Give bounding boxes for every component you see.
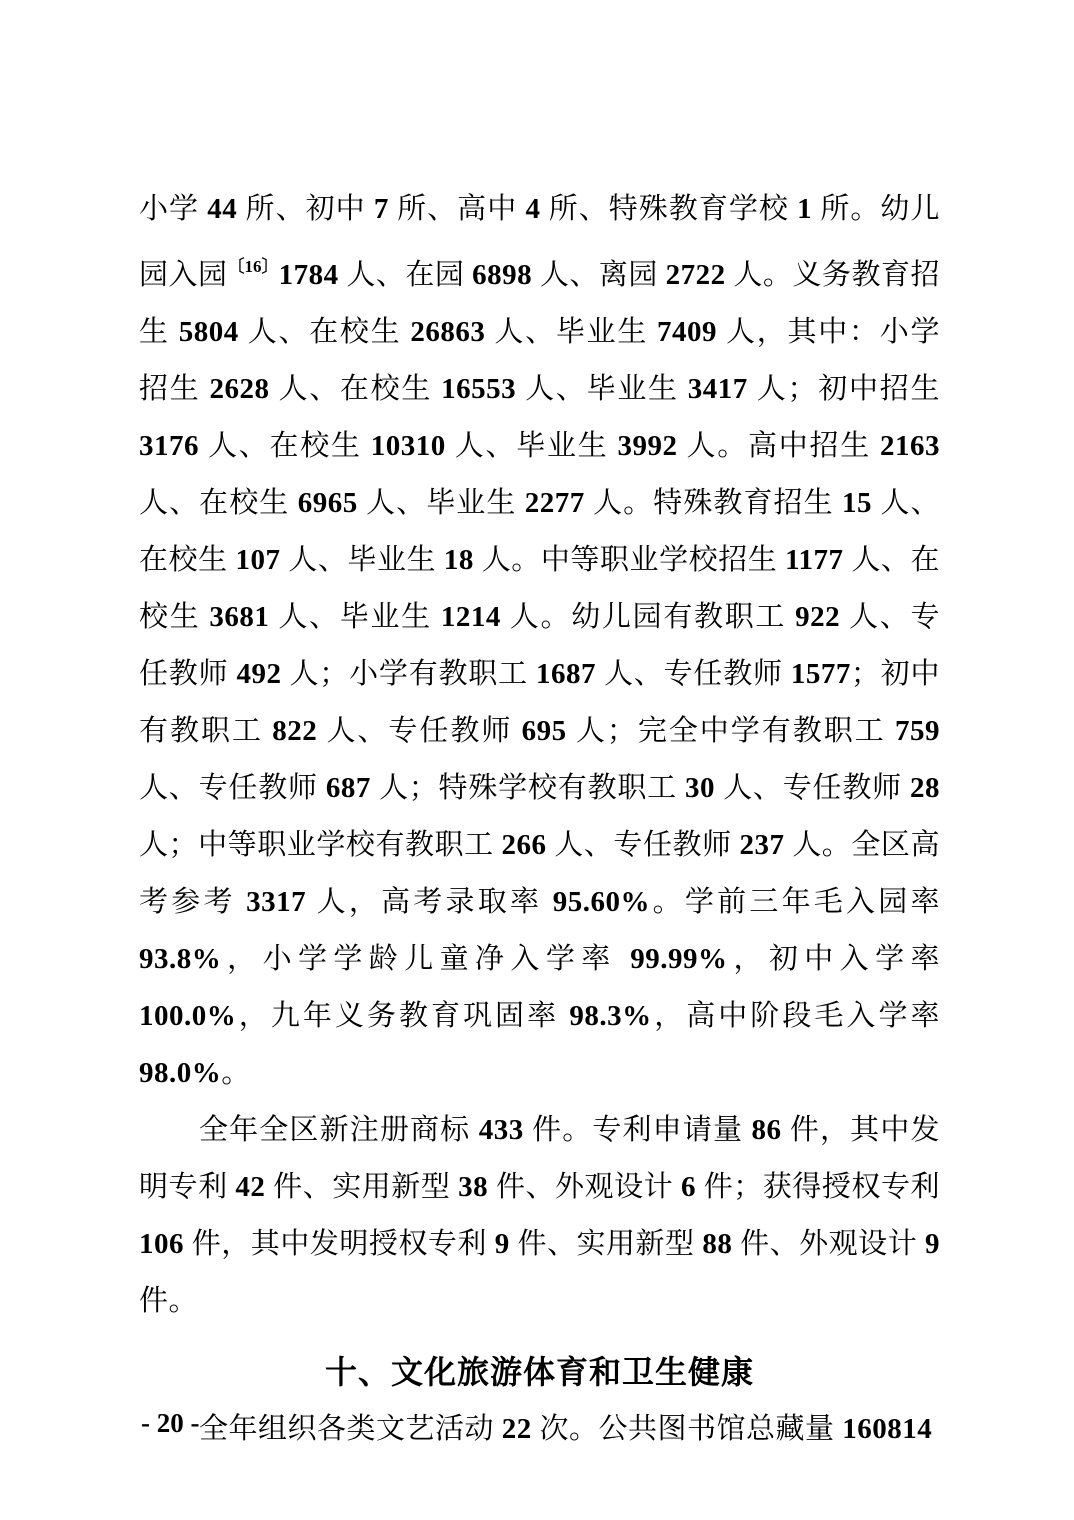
- stat-value: 28: [910, 772, 940, 804]
- stat-value: 44: [207, 193, 237, 225]
- body-text: 人、在校生: [139, 487, 298, 519]
- body-text: ，初中入学率: [728, 943, 940, 975]
- stat-value: 6: [681, 1171, 696, 1203]
- stat-value: 2277: [525, 487, 585, 519]
- paragraph-culture-activities: 全年组织各类文艺活动 22 次。公共图书馆总藏量 160814: [139, 1401, 940, 1458]
- stat-value: 1177: [785, 544, 843, 576]
- stat-value: 1: [797, 193, 812, 225]
- stat-value: 687: [326, 772, 371, 804]
- stat-value: 26863: [410, 316, 485, 348]
- body-text: 人、毕业生: [281, 544, 444, 576]
- stat-value: 1577: [791, 658, 851, 690]
- stat-value: 42: [235, 1171, 265, 1203]
- stat-value: 7409: [657, 316, 717, 348]
- stat-value: 100.0%: [139, 1000, 236, 1032]
- stat-value: 6965: [298, 487, 358, 519]
- body-text: 人、离园: [532, 259, 666, 291]
- body-text: 全年组织各类文艺活动: [199, 1413, 502, 1445]
- stat-value: 107: [236, 544, 281, 576]
- body-text: 人；小学有教职工: [281, 658, 536, 690]
- stat-value: 433: [479, 1114, 524, 1146]
- body-text: 人、毕业生: [358, 487, 525, 519]
- body-text: 件、外观设计: [488, 1171, 681, 1203]
- document-body: 小学 44 所、初中 7 所、高中 4 所、特殊教育学校 1 所。幼儿园入园〔1…: [139, 181, 940, 1458]
- stat-value: 7: [374, 193, 389, 225]
- paragraph-education-stats: 小学 44 所、初中 7 所、高中 4 所、特殊教育学校 1 所。幼儿园入园〔1…: [139, 181, 940, 1102]
- stat-value: 1214: [441, 601, 501, 633]
- page-number: - 20 -: [141, 1408, 199, 1439]
- stat-value: 95.60%: [553, 886, 650, 918]
- stat-value: 15: [842, 487, 872, 519]
- stat-value: 492: [236, 658, 281, 690]
- body-text: 人。中等职业学校招生: [474, 544, 785, 576]
- body-text: 件，其中发明授权专利: [184, 1228, 495, 1260]
- document-page: 小学 44 所、初中 7 所、高中 4 所、特殊教育学校 1 所。幼儿园入园〔1…: [0, 0, 1074, 1520]
- stat-value: 3992: [618, 430, 678, 462]
- body-text: 所、初中: [237, 193, 374, 225]
- body-text: 全年全区新注册商标: [199, 1114, 479, 1146]
- body-text: 人。特殊教育招生: [585, 487, 842, 519]
- body-text: 件、实用新型: [510, 1228, 703, 1260]
- stat-value: 160814: [842, 1413, 932, 1445]
- stat-value: 38: [458, 1171, 488, 1203]
- body-text: 人。幼儿园有教职工: [501, 601, 795, 633]
- stat-value: 93.8%: [139, 943, 221, 975]
- stat-value: 1784: [279, 259, 339, 291]
- stat-value: 98.3%: [569, 1000, 651, 1032]
- stat-value: 2163: [880, 430, 940, 462]
- body-text: 人、在校生: [239, 316, 411, 348]
- body-text: ，九年义务教育巩固率: [236, 1000, 569, 1032]
- stat-value: 695: [522, 715, 567, 747]
- body-text: 人、在校生: [199, 430, 371, 462]
- stat-value: 4: [525, 193, 540, 225]
- section-heading-culture-tourism-sports-health: 十、文化旅游体育和卫生健康: [139, 1344, 940, 1401]
- stat-value: 922: [795, 601, 840, 633]
- body-text: 小学: [139, 193, 207, 225]
- stat-value: 10310: [371, 430, 446, 462]
- body-text: 件；获得授权专利: [696, 1171, 940, 1203]
- body-text: 人、毕业生: [446, 430, 618, 462]
- body-text: 。学前三年毛入园率: [650, 886, 940, 918]
- stat-value: 88: [702, 1228, 732, 1260]
- stat-value: 3417: [688, 373, 748, 405]
- stat-value: 99.99%: [630, 943, 727, 975]
- stat-value: 822: [272, 715, 317, 747]
- body-text: 人；特殊学校有教职工: [371, 772, 685, 804]
- body-text: 人；初中招生: [748, 373, 940, 405]
- body-text: ，小学学龄儿童净入学率: [221, 943, 630, 975]
- body-text: 次。公共图书馆总藏量: [532, 1413, 843, 1445]
- stat-value: 18: [444, 544, 474, 576]
- stat-value: 9: [925, 1228, 940, 1260]
- body-text: 人、毕业生: [516, 373, 688, 405]
- body-text: 人、专任教师: [317, 715, 521, 747]
- stat-value: 3317: [246, 886, 306, 918]
- body-text: ，高中阶段毛入学率: [652, 1000, 940, 1032]
- body-text: 人、专任教师: [596, 658, 791, 690]
- stat-value: 86: [752, 1114, 782, 1146]
- stat-value: 759: [895, 715, 940, 747]
- body-text: 人、在校生: [269, 373, 441, 405]
- body-text: 件、外观设计: [732, 1228, 925, 1260]
- body-text: 所、高中: [389, 193, 526, 225]
- stat-value: 16553: [441, 373, 516, 405]
- body-text: 人、毕业生: [269, 601, 440, 633]
- stat-value: 1687: [536, 658, 596, 690]
- body-text: 人、专任教师: [715, 772, 910, 804]
- body-text: 人；完全中学有教职工: [567, 715, 895, 747]
- stat-value: 30: [685, 772, 715, 804]
- stat-value: 22: [502, 1413, 532, 1445]
- stat-value: 98.0%: [139, 1057, 221, 1089]
- body-text: 。: [221, 1057, 251, 1089]
- body-text: 件、实用新型: [265, 1171, 458, 1203]
- footnote-ref: 〔16〕: [228, 257, 279, 276]
- body-text: 人；中等职业学校有教职工: [139, 829, 501, 861]
- body-text: 件。: [139, 1285, 198, 1317]
- stat-value: 266: [501, 829, 546, 861]
- body-text: 所、特殊教育学校: [540, 193, 797, 225]
- body-text: 件。专利申请量: [524, 1114, 752, 1146]
- stat-value: 9: [495, 1228, 510, 1260]
- stat-value: 5804: [179, 316, 239, 348]
- stat-value: 237: [739, 829, 784, 861]
- body-text: 人。高中招生: [678, 430, 880, 462]
- stat-value: 2722: [666, 259, 726, 291]
- stat-value: 3681: [209, 601, 269, 633]
- body-text: 人、毕业生: [485, 316, 657, 348]
- body-text: 人、专任教师: [546, 829, 739, 861]
- body-text: 人，高考录取率: [306, 886, 553, 918]
- stat-value: 3176: [139, 430, 199, 462]
- body-text: 人、专任教师: [139, 772, 326, 804]
- stat-value: 2628: [209, 373, 269, 405]
- stat-value: 106: [139, 1228, 184, 1260]
- stat-value: 6898: [472, 259, 532, 291]
- paragraph-trademark-patent-stats: 全年全区新注册商标 433 件。专利申请量 86 件，其中发明专利 42 件、实…: [139, 1102, 940, 1330]
- body-text: 人、在园: [339, 259, 473, 291]
